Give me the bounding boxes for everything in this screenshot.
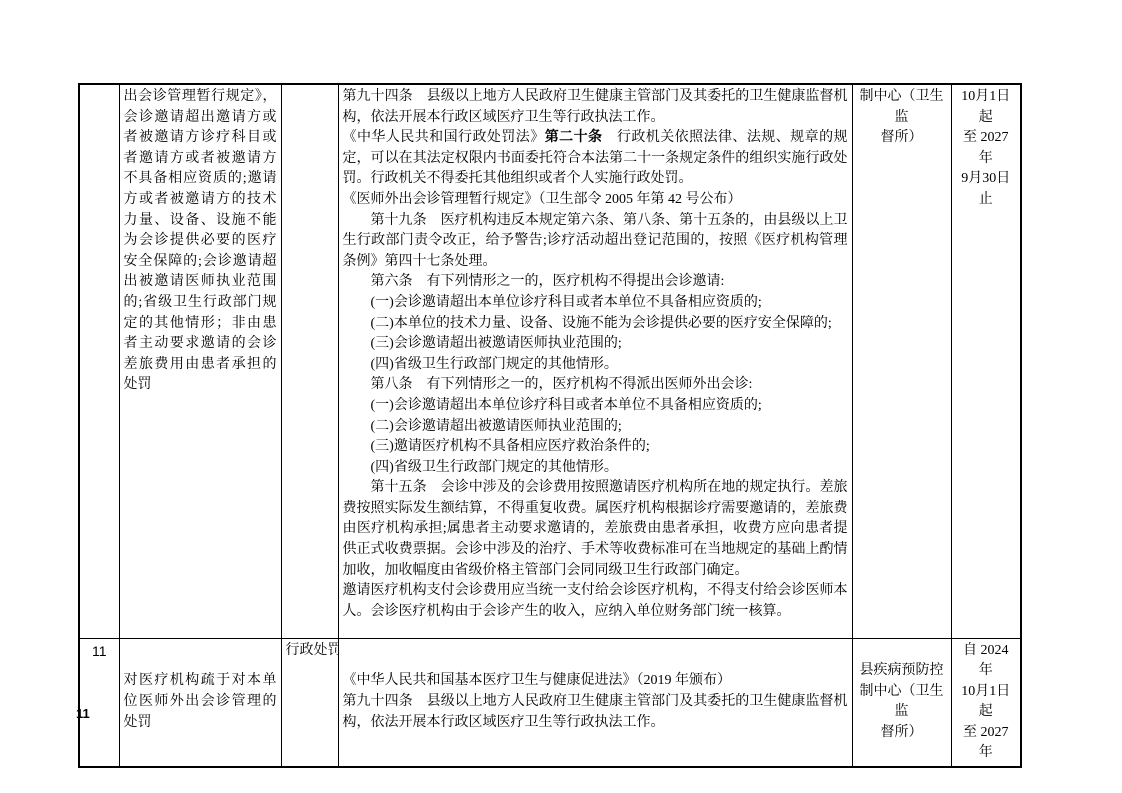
cell-legal-basis: 《中华人民共和国基本医疗卫生与健康促进法》（2019 年颁布） 第九十四条 县级…	[338, 638, 852, 767]
legal-paragraph: (三)会诊邀请超出被邀请医师执业范围的;	[343, 334, 848, 355]
cell-validity-period: 自 2024 年 10月1日起 至 2027 年	[951, 638, 1021, 767]
legal-paragraph: 第六条 有下列情形之一的，医疗机构不得提出会诊邀请:	[343, 272, 848, 293]
cell-item-name: 出会诊管理暂行规定》，会诊邀请超出邀请方或者被邀请方诊疗科目或者邀请方或者被邀请…	[119, 84, 281, 638]
legal-paragraph: (一)会诊邀请超出本单位诊疗科目或者本单位不具备相应资质的;	[343, 396, 848, 417]
legal-paragraph: 第八条 有下列情形之一的，医疗机构不得派出医师外出会诊:	[343, 375, 848, 396]
legal-paragraph: 第十五条 会诊中涉及的会诊费用按照邀请医疗机构所在地的规定执行。差旅费按照实际发…	[343, 478, 848, 581]
legal-text-run: 《中华人民共和国行政处罚法》	[343, 130, 545, 145]
cell-item-name: 对医疗机构疏于对本单位医师外出会诊管理的处罚	[119, 638, 281, 767]
legal-paragraph: 邀请医疗机构支付会诊费用应当统一支付给会诊医疗机构，不得支付给会诊医师本人。会诊…	[343, 581, 848, 622]
legal-paragraph: 《中华人民共和国行政处罚法》第二十条 行政机关依照法律、法规、规章的规定，可以在…	[343, 128, 848, 190]
cell-implementing-agency: 制中心（卫生监 督所）	[852, 84, 951, 638]
legal-paragraph: 《中华人民共和国基本医疗卫生与健康促进法》（2019 年颁布）	[343, 671, 848, 692]
cell-validity-period: 10月1日起 至 2027 年 9月30日止	[951, 84, 1021, 638]
legal-paragraph: (二)会诊邀请超出被邀请医师执业范围的;	[343, 417, 848, 438]
table-row-continuation: 出会诊管理暂行规定》，会诊邀请超出邀请方或者被邀请方诊疗科目或者邀请方或者被邀请…	[79, 84, 1021, 638]
penalty-items-table: 出会诊管理暂行规定》，会诊邀请超出邀请方或者被邀请方诊疗科目或者邀请方或者被邀请…	[78, 83, 1022, 768]
legal-paragraph: (二)本单位的技术力量、设备、设施不能为会诊提供必要的医疗安全保障的;	[343, 314, 848, 335]
legal-paragraph: (四)省级卫生行政部门规定的其他情形。	[343, 355, 848, 376]
legal-paragraph: 《医师外出会诊管理暂行规定》（卫生部令 2005 年第 42 号公布）	[343, 190, 848, 211]
cell-penalty-type: 行政处罚	[281, 638, 338, 767]
cell-legal-basis: 第九十四条 县级以上地方人民政府卫生健康主管部门及其委托的卫生健康监督机构，依法…	[338, 84, 852, 638]
legal-paragraph: 第十九条 医疗机构违反本规定第六条、第八条、第十五条的，由县级以上卫生行政部门责…	[343, 211, 848, 273]
page-number: 11	[76, 706, 90, 721]
cell-seq-number	[79, 84, 119, 638]
cell-seq-number: 11	[79, 638, 119, 767]
cell-penalty-type	[281, 84, 338, 638]
legal-paragraph: (一)会诊邀请超出本单位诊疗科目或者本单位不具备相应资质的;	[343, 293, 848, 314]
legal-paragraph: (四)省级卫生行政部门规定的其他情形。	[343, 458, 848, 479]
table-row-item-11: 11 对医疗机构疏于对本单位医师外出会诊管理的处罚 行政处罚 《中华人民共和国基…	[79, 638, 1021, 767]
legal-paragraph: 第九十四条 县级以上地方人民政府卫生健康主管部门及其委托的卫生健康监督机构，依法…	[343, 87, 848, 128]
table-body: 出会诊管理暂行规定》，会诊邀请超出邀请方或者被邀请方诊疗科目或者邀请方或者被邀请…	[79, 84, 1021, 767]
legal-paragraph: 第九十四条 县级以上地方人民政府卫生健康主管部门及其委托的卫生健康监督机构，依法…	[343, 692, 848, 733]
cell-implementing-agency: 县疾病预防控 制中心（卫生监 督所）	[852, 638, 951, 767]
bold-article-ref: 第二十条	[545, 130, 603, 145]
legal-paragraph: (三)邀请医疗机构不具备相应医疗救治条件的;	[343, 437, 848, 458]
